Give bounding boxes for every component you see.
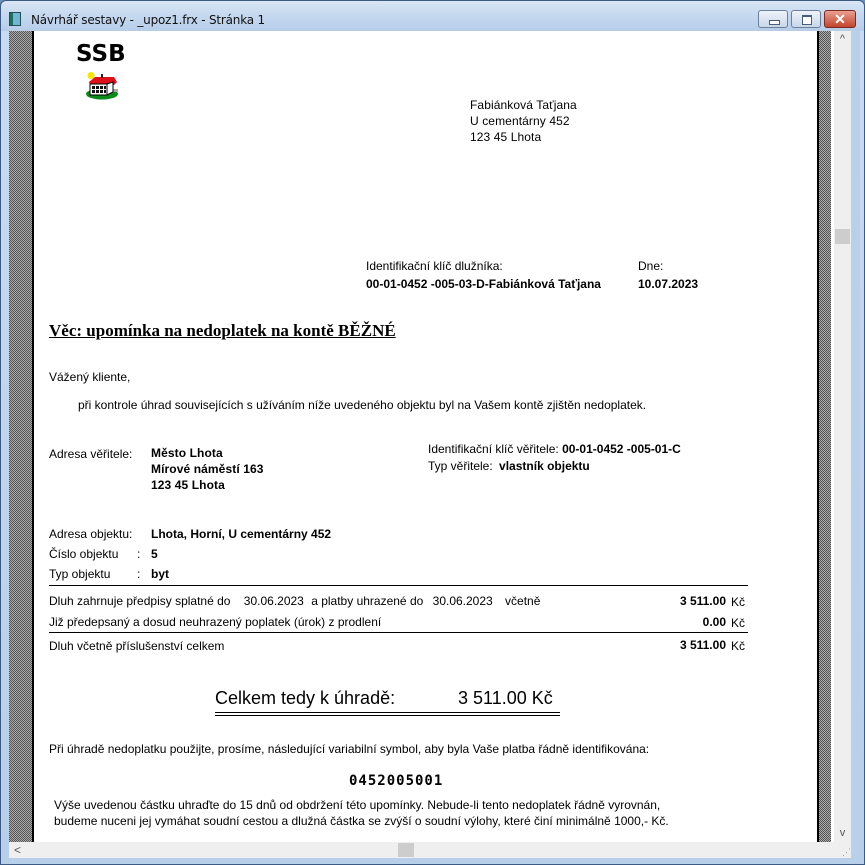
page-margin-right: [817, 31, 831, 842]
warning-line-2: budeme nuceni jej vymáhat soudní cestou …: [54, 814, 669, 828]
maximize-button[interactable]: [791, 10, 821, 28]
vertical-scrollbar[interactable]: ^ v: [834, 31, 851, 842]
creditor-address-line: 123 45 Lhota: [151, 477, 264, 493]
currency-label: Kč: [731, 639, 745, 653]
report-preview-area: SSB Fabiánková Taťjana U cementárny 452 …: [9, 31, 860, 858]
grand-total-value: 3 511.00 Kč: [458, 688, 553, 709]
horizontal-scroll-thumb[interactable]: [398, 843, 414, 857]
logo-text: SSB: [76, 41, 126, 67]
creditor-address: Město Lhota Mírové náměstí 163 123 45 Lh…: [151, 445, 264, 493]
debt-due-date: 30.06.2023: [244, 594, 304, 608]
horizontal-scrollbar[interactable]: < >: [9, 842, 851, 858]
object-type-value: byt: [151, 567, 169, 581]
creditor-address-line: Město Lhota: [151, 445, 264, 461]
debt-table-top-rule: [49, 585, 748, 586]
warning-line-1: Výše uvedenou částku uhraďte do 15 dnů o…: [54, 798, 660, 812]
creditor-address-line: Mírové náměstí 163: [151, 461, 264, 477]
grand-total-rule: [215, 715, 560, 716]
recipient-city: 123 45 Lhota: [470, 129, 577, 145]
debt-table-mid-rule: [49, 632, 748, 633]
creditor-key-label: Identifikační klíč věřitele:: [428, 442, 559, 456]
creditor-address-label: Adresa věřitele:: [49, 447, 132, 461]
date-label: Dne:: [638, 259, 663, 273]
debtor-key-label: Identifikační klíč dlužníka:: [366, 259, 503, 273]
report-designer-icon: [9, 12, 21, 26]
creditor-key: Identifikační klíč věřitele: 00-01-0452 …: [428, 442, 681, 456]
letter-subject: Věc: upomínka na nedoplatek na kontě BĚŽ…: [49, 321, 396, 341]
report-page: SSB Fabiánková Taťjana U cementárny 452 …: [36, 31, 817, 842]
object-address-label: Adresa objektu:: [49, 527, 132, 541]
close-button[interactable]: ✕: [824, 10, 856, 28]
currency-label: Kč: [731, 595, 745, 609]
object-number-separator: :: [137, 547, 140, 561]
debtor-key-value: 00-01-0452 -005-03-D-Fabiánková Taťjana: [366, 277, 601, 291]
window-title: Návrhář sestavy - _upoz1.frx - Stránka 1: [31, 13, 265, 27]
house-icon: [85, 72, 120, 100]
creditor-type-value: vlastník objektu: [499, 459, 590, 473]
creditor-type-label: Typ věřitele:: [428, 459, 493, 473]
recipient-address: Fabiánková Taťjana U cementárny 452 123 …: [470, 97, 577, 145]
vertical-scroll-thumb[interactable]: [835, 229, 850, 244]
debt-principal-amount: 3 511.00: [616, 594, 726, 608]
scroll-left-icon[interactable]: <: [9, 842, 26, 858]
grand-total-label: Celkem tedy k úhradě:: [215, 688, 395, 709]
debt-paid-date: 30.06.2023: [433, 594, 493, 608]
debt-row-interest: Již předepsaný a dosud neuhrazený poplat…: [49, 615, 381, 629]
object-type-separator: :: [137, 567, 140, 581]
grand-total-rule: [215, 712, 560, 713]
variable-symbol: 0452005001: [349, 773, 443, 789]
debt-total-label: Dluh včetně příslušenství celkem: [49, 639, 224, 653]
debt-interest-amount: 0.00: [616, 615, 726, 629]
vs-instruction: Při úhradě nedoplatku použijte, prosíme,…: [49, 742, 649, 756]
date-value: 10.07.2023: [638, 277, 698, 291]
object-number-value: 5: [151, 547, 158, 561]
title-bar[interactable]: Návrhář sestavy - _upoz1.frx - Stránka 1…: [1, 1, 864, 31]
scroll-down-icon[interactable]: v: [834, 825, 851, 842]
recipient-street: U cementárny 452: [470, 113, 577, 129]
currency-label: Kč: [731, 616, 745, 630]
debt-row-text: Dluh zahrnuje předpisy splatné do: [49, 594, 230, 608]
scroll-up-icon[interactable]: ^: [834, 31, 851, 48]
close-icon: ✕: [825, 11, 855, 28]
recipient-name: Fabiánková Taťjana: [470, 97, 577, 113]
object-number-label: Číslo objektu: [49, 547, 118, 561]
debt-row-text: a platby uhrazené do: [311, 594, 423, 608]
object-address-value: Lhota, Horní, U cementárny 452: [151, 527, 331, 541]
resize-grip-icon[interactable]: ⋰: [834, 842, 851, 858]
intro-text: při kontrole úhrad souvisejících s užívá…: [78, 398, 646, 412]
window-frame-right: [851, 31, 860, 858]
object-type-label: Typ objektu: [49, 567, 110, 581]
debt-total-amount: 3 511.00: [616, 638, 726, 652]
debt-row-text: včetně: [505, 594, 540, 608]
creditor-key-value: 00-01-0452 -005-01-C: [562, 442, 681, 456]
greeting: Vážený kliente,: [49, 370, 130, 384]
minimize-button[interactable]: [758, 10, 788, 28]
report-designer-window: Návrhář sestavy - _upoz1.frx - Stránka 1…: [0, 0, 865, 865]
creditor-type: Typ věřitele: vlastník objektu: [428, 459, 590, 473]
page-margin-left: [9, 31, 34, 842]
debt-row-prescriptions: Dluh zahrnuje předpisy splatné do 30.06.…: [49, 594, 540, 608]
